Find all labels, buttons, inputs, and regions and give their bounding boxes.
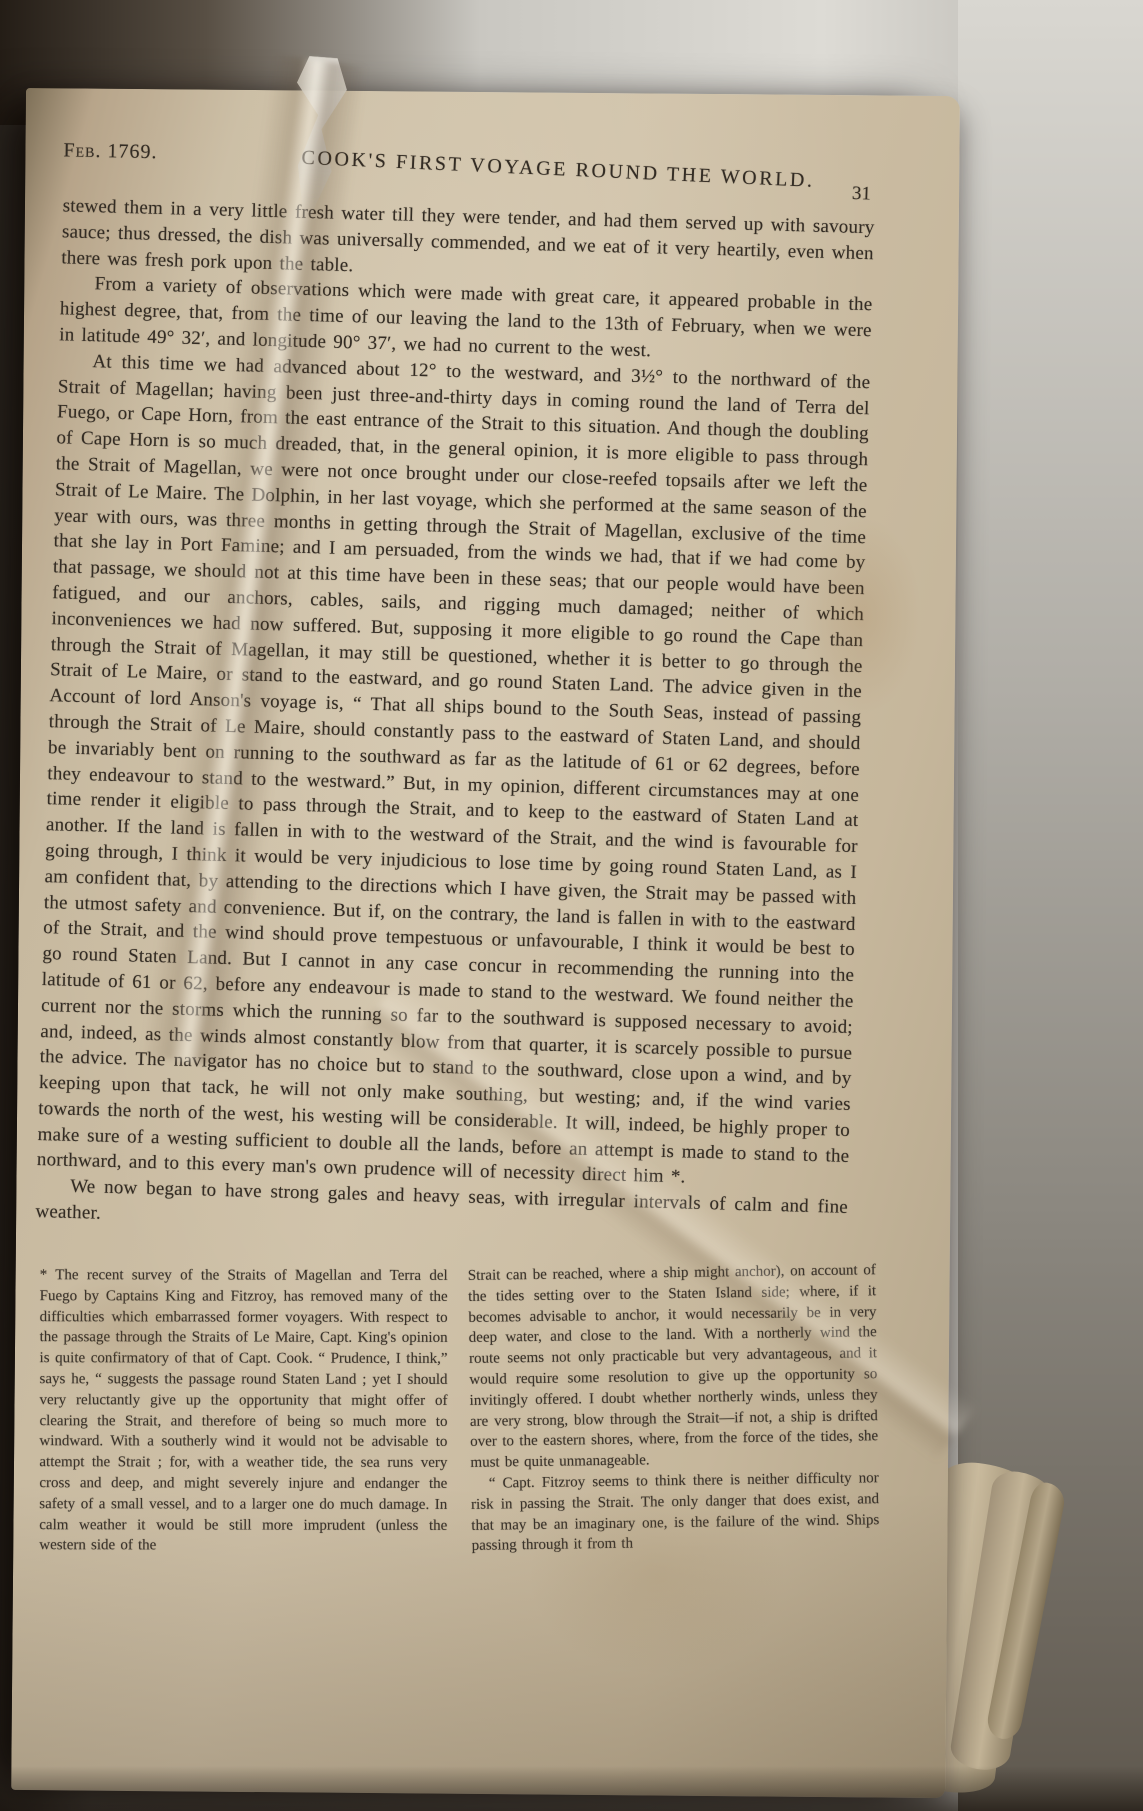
body-text: stewed them in a very little fresh water… — [35, 193, 875, 1246]
footnote-left-column: * The recent survey of the Straits of Ma… — [39, 1265, 448, 1557]
page-content: Feb. 1769. COOK'S FIRST VOYAGE ROUND THE… — [51, 140, 875, 1563]
footnote-paragraph: * The recent survey of the Straits of Ma… — [39, 1265, 448, 1557]
body-paragraph-3: At this time we had advanced about 12° t… — [37, 348, 871, 1195]
footnote-section: * The recent survey of the Straits of Ma… — [39, 1265, 876, 1558]
book-page: Feb. 1769. COOK'S FIRST VOYAGE ROUND THE… — [11, 88, 960, 1798]
footnote-right-column: Strait can be reached, where a ship migh… — [468, 1260, 880, 1557]
footnote-paragraph: Strait can be reached, where a ship migh… — [468, 1260, 879, 1474]
footnote-paragraph: “ Capt. Fitzroy seems to think there is … — [471, 1468, 880, 1557]
photo-backdrop-bottom — [0, 1766, 1143, 1811]
